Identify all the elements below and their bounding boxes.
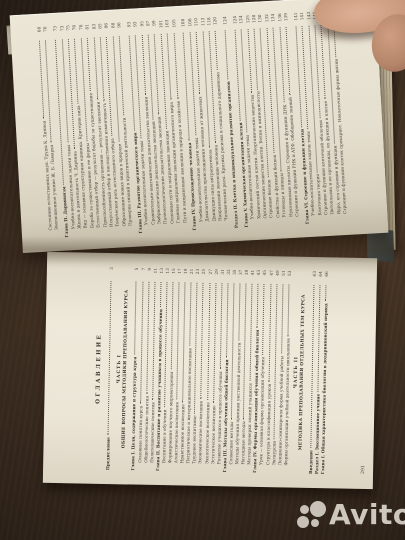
- toc-dotted-leader: [171, 282, 174, 369]
- toc-dotted-leader: [135, 282, 137, 355]
- toc-entry-page-number: 139: [283, 13, 290, 25]
- toc-entry-page-number: 70: [43, 26, 50, 38]
- toc-dotted-leader: [317, 285, 320, 392]
- avito-watermark: Avito: [297, 498, 405, 531]
- toc-dotted-leader: [243, 284, 247, 420]
- avito-dot: [300, 505, 309, 514]
- toc-dotted-leader: [281, 284, 283, 353]
- toc-dotted-leader: [201, 283, 204, 399]
- toc-entry-title: Предисловие: [105, 437, 112, 470]
- toc-dotted-leader: [74, 39, 79, 104]
- page-number-left: 291: [361, 465, 366, 474]
- toc-dotted-leader: [160, 282, 161, 307]
- toc-dotted-leader: [93, 38, 97, 100]
- toc-rows-left: ОГЛАВЛЕНИЕПредисловие3ЧАСТЬ IОБЩИЕ ВОПРО…: [93, 267, 330, 474]
- toc-dotted-leader: [250, 284, 253, 381]
- toc-dotted-leader: [226, 283, 228, 357]
- toc-dotted-leader: [231, 283, 235, 419]
- toc-rows-right: Состояние естественных наук. Труды К. Ли…: [36, 10, 349, 239]
- book-page-left: ОГЛАВЛЕНИЕПредисловие3ЧАСТЬ IОБЩИЕ ВОПРО…: [43, 252, 377, 489]
- toc-dotted-leader: [141, 35, 145, 95]
- avito-logo-icon: [297, 499, 327, 531]
- photo-of-open-book: Состояние естественных наук. Труды К. Ли…: [0, 0, 405, 540]
- toc-dotted-leader: [146, 282, 149, 394]
- toc-entry-page-number: 53: [287, 270, 293, 282]
- toc-dotted-leader: [196, 32, 200, 94]
- toc-dotted-leader: [225, 30, 229, 79]
- toc-dotted-leader: [100, 37, 105, 101]
- toc-entry-page-number: 90: [116, 22, 123, 34]
- toc-dotted-leader: [207, 283, 210, 400]
- toc-dotted-leader: [176, 282, 179, 399]
- toc-start-content: ОГЛАВЛЕНИЕПредисловие3ЧАСТЬ IОБЩИЕ ВОПРО…: [43, 252, 377, 489]
- toc-dotted-leader: [182, 282, 185, 402]
- toc-dotted-leader: [273, 284, 277, 439]
- toc-entry-page-number: 120: [212, 17, 219, 29]
- avito-brand-text: Avito: [329, 498, 405, 531]
- avito-dot: [297, 516, 309, 528]
- avito-dot: [310, 501, 326, 517]
- toc-entry-page-number: 66: [324, 271, 330, 283]
- avito-dot: [311, 519, 319, 527]
- toc-entry-page-number: 105: [171, 19, 178, 31]
- toc-dotted-leader: [215, 31, 218, 70]
- book-page-right: Состояние естественных наук. Труды К. Ли…: [10, 0, 389, 253]
- toc-dotted-leader: [140, 282, 143, 404]
- toc-entry-page-number: 3: [109, 267, 115, 279]
- toc-dotted-leader: [194, 283, 198, 414]
- toc-dotted-leader: [286, 27, 291, 95]
- toc-dotted-leader: [257, 284, 259, 328]
- toc-dotted-leader: [213, 283, 216, 403]
- toc-continuation-content: Состояние естественных наук. Труды К. Ли…: [10, 0, 389, 253]
- toc-dotted-leader: [247, 29, 252, 93]
- toc-dotted-leader: [268, 284, 271, 382]
- toc-dotted-leader: [325, 285, 326, 301]
- toc-entry-page-number: 124: [222, 16, 229, 28]
- toc-dotted-leader: [263, 284, 265, 355]
- toc-dotted-leader: [254, 29, 258, 90]
- toc-dotted-leader: [190, 283, 192, 346]
- toc-dotted-leader: [310, 285, 314, 448]
- toc-dotted-leader: [238, 284, 240, 341]
- toc-dotted-leader: [108, 281, 112, 435]
- toc-dotted-leader: [167, 34, 172, 100]
- toc-dotted-leader: [220, 283, 223, 369]
- toc-heading-text: ОГЛАВЛЕНИЕ: [94, 333, 104, 404]
- toc-dotted-leader: [164, 282, 167, 407]
- toc-dotted-leader: [173, 33, 178, 99]
- toc-dotted-leader: [87, 38, 91, 91]
- toc-dotted-leader: [152, 282, 155, 400]
- toc-dotted-leader: [287, 284, 289, 336]
